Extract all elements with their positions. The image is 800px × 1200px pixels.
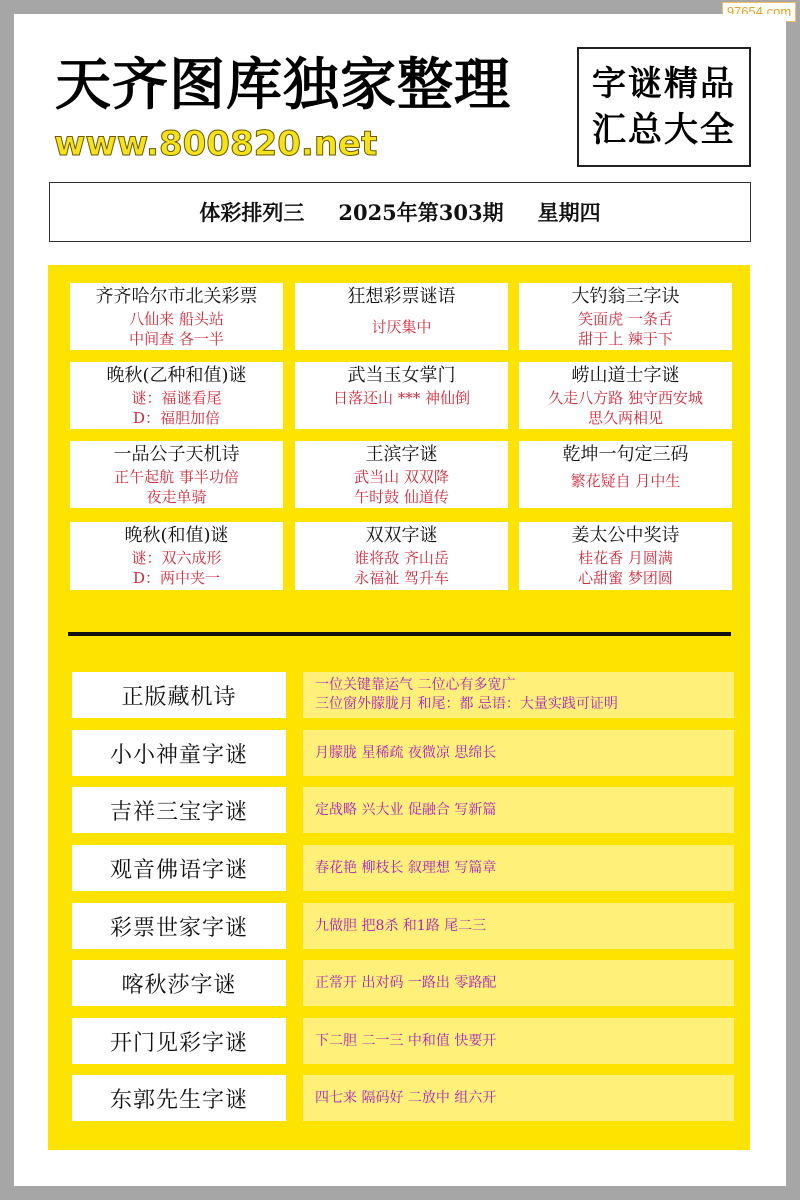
- card-line: 谜：福谜看尾: [70, 388, 283, 408]
- row-content: 月朦胧 星稀疏 夜微凉 思绵长: [303, 730, 734, 776]
- badge-line-1: 字谜精品: [592, 61, 736, 107]
- issue-info-bar: 体彩排列三 2025年第303期 星期四: [49, 182, 751, 242]
- riddle-card: 崂山道士字谜 久走八方路 独守西安城 思久两相见: [519, 362, 732, 429]
- riddle-card: 双双字谜 谁将敌 齐山岳 永福祉 驾升车: [295, 522, 508, 590]
- lottery-name: 体彩排列三: [199, 197, 304, 227]
- section-divider: [68, 632, 731, 636]
- row-label: 吉祥三宝字谜: [72, 787, 286, 833]
- row-text: 四七来 隔码好 二放中 组六开: [315, 1089, 734, 1108]
- row-text: 正常开 出对码 一路出 零路配: [315, 974, 734, 993]
- card-line: 中间查 各一半: [70, 329, 283, 349]
- card-line: D：两中夹一: [70, 568, 283, 588]
- riddle-card: 齐齐哈尔市北关彩票 八仙来 船头站 中间查 各一半: [70, 283, 283, 350]
- row-text: 一位关键靠运气 二位心有多宽广: [315, 676, 734, 695]
- card-line: 日落还山 *** 神仙倒: [295, 388, 508, 408]
- row-text: 下二胆 二一三 中和值 快要开: [315, 1032, 734, 1051]
- riddle-card: 武当玉女掌门 日落还山 *** 神仙倒: [295, 362, 508, 429]
- row-text: 定战略 兴大业 促融合 写新篇: [315, 801, 734, 820]
- riddle-card: 晚秋(和值)谜 谜：双六成形 D：两中夹一: [70, 522, 283, 590]
- riddle-card: 乾坤一句定三码 繁花疑自 月中生: [519, 441, 732, 508]
- card-title: 晚秋(和值)谜: [70, 524, 283, 548]
- card-title: 王滨字谜: [295, 443, 508, 467]
- card-line: 思久两相见: [519, 408, 732, 428]
- card-title: 双双字谜: [295, 524, 508, 548]
- card-line: 正午起航 事半功倍: [70, 467, 283, 487]
- card-line: 笑面虎 一条舌: [519, 309, 732, 329]
- card-title: 姜太公中奖诗: [519, 524, 732, 548]
- issue-number: 2025年第303期: [338, 197, 503, 227]
- card-line: 甜于上 辣于下: [519, 329, 732, 349]
- row-text: 九做胆 把8杀 和1路 尾二三: [315, 917, 734, 936]
- card-line: 八仙来 船头站: [70, 309, 283, 329]
- riddle-card: 一品公子天机诗 正午起航 事半功倍 夜走单骑: [70, 441, 283, 508]
- card-line: 久走八方路 独守西安城: [519, 388, 732, 408]
- card-title: 大钓翁三字诀: [519, 285, 732, 309]
- main-title: 天齐图库独家整理: [55, 54, 535, 118]
- row-text: 三位窗外朦胧月 和尾：都 忌语：大量实践可证明: [315, 695, 734, 714]
- row-label: 开门见彩字谜: [72, 1018, 286, 1064]
- riddle-card: 王滨字谜 武当山 双双降 午时鼓 仙道传: [295, 441, 508, 508]
- card-line: 桂花香 月圆满: [519, 548, 732, 568]
- badge-line-2: 汇总大全: [592, 107, 736, 153]
- card-line: 心甜蜜 梦团圆: [519, 568, 732, 588]
- card-title: 一品公子天机诗: [70, 443, 283, 467]
- row-content: 一位关键靠运气 二位心有多宽广 三位窗外朦胧月 和尾：都 忌语：大量实践可证明: [303, 672, 734, 718]
- card-line: 午时鼓 仙道传: [295, 487, 508, 507]
- weekday: 星期四: [538, 197, 601, 227]
- card-line: 谁将敌 齐山岳: [295, 548, 508, 568]
- card-line: 永福祉 驾升车: [295, 568, 508, 588]
- row-label: 东郭先生字谜: [72, 1075, 286, 1121]
- row-content: 正常开 出对码 一路出 零路配: [303, 960, 734, 1006]
- card-title: 武当玉女掌门: [295, 364, 508, 388]
- row-content: 春花艳 柳枝长 叙理想 写篇章: [303, 845, 734, 891]
- row-text: 月朦胧 星稀疏 夜微凉 思绵长: [315, 744, 734, 763]
- riddle-card: 姜太公中奖诗 桂花香 月圆满 心甜蜜 梦团圆: [519, 522, 732, 590]
- row-label: 观音佛语字谜: [72, 845, 286, 891]
- riddle-card: 狂想彩票谜语 讨厌集中: [295, 283, 508, 350]
- riddle-panel: 齐齐哈尔市北关彩票 八仙来 船头站 中间查 各一半 狂想彩票谜语 讨厌集中 大钓…: [48, 265, 750, 1150]
- card-line: 讨厌集中: [295, 317, 508, 337]
- collection-badge: 字谜精品 汇总大全: [577, 47, 751, 167]
- card-title: 崂山道士字谜: [519, 364, 732, 388]
- row-label: 喀秋莎字谜: [72, 960, 286, 1006]
- row-label: 小小神童字谜: [72, 730, 286, 776]
- row-content: 四七来 隔码好 二放中 组六开: [303, 1075, 734, 1121]
- card-title: 狂想彩票谜语: [295, 285, 508, 309]
- card-line: 谜：双六成形: [70, 548, 283, 568]
- card-line: D：福胆加倍: [70, 408, 283, 428]
- row-content: 定战略 兴大业 促融合 写新篇: [303, 787, 734, 833]
- card-title: 齐齐哈尔市北关彩票: [70, 285, 283, 309]
- row-label: 正版藏机诗: [72, 672, 286, 718]
- card-line: 武当山 双双降: [295, 467, 508, 487]
- row-text: 春花艳 柳枝长 叙理想 写篇章: [315, 859, 734, 878]
- riddle-card: 晚秋(乙种和值)谜 谜：福谜看尾 D：福胆加倍: [70, 362, 283, 429]
- site-url[interactable]: www.800820.net: [54, 124, 394, 164]
- card-title: 乾坤一句定三码: [519, 443, 732, 467]
- row-content: 九做胆 把8杀 和1路 尾二三: [303, 903, 734, 949]
- row-content: 下二胆 二一三 中和值 快要开: [303, 1018, 734, 1064]
- card-line: 繁花疑自 月中生: [519, 471, 732, 491]
- riddle-card: 大钓翁三字诀 笑面虎 一条舌 甜于上 辣于下: [519, 283, 732, 350]
- row-label: 彩票世家字谜: [72, 903, 286, 949]
- card-title: 晚秋(乙种和值)谜: [70, 364, 283, 388]
- card-line: 夜走单骑: [70, 487, 283, 507]
- poster-page: 天齐图库独家整理 www.800820.net 字谜精品 汇总大全 体彩排列三 …: [14, 14, 786, 1186]
